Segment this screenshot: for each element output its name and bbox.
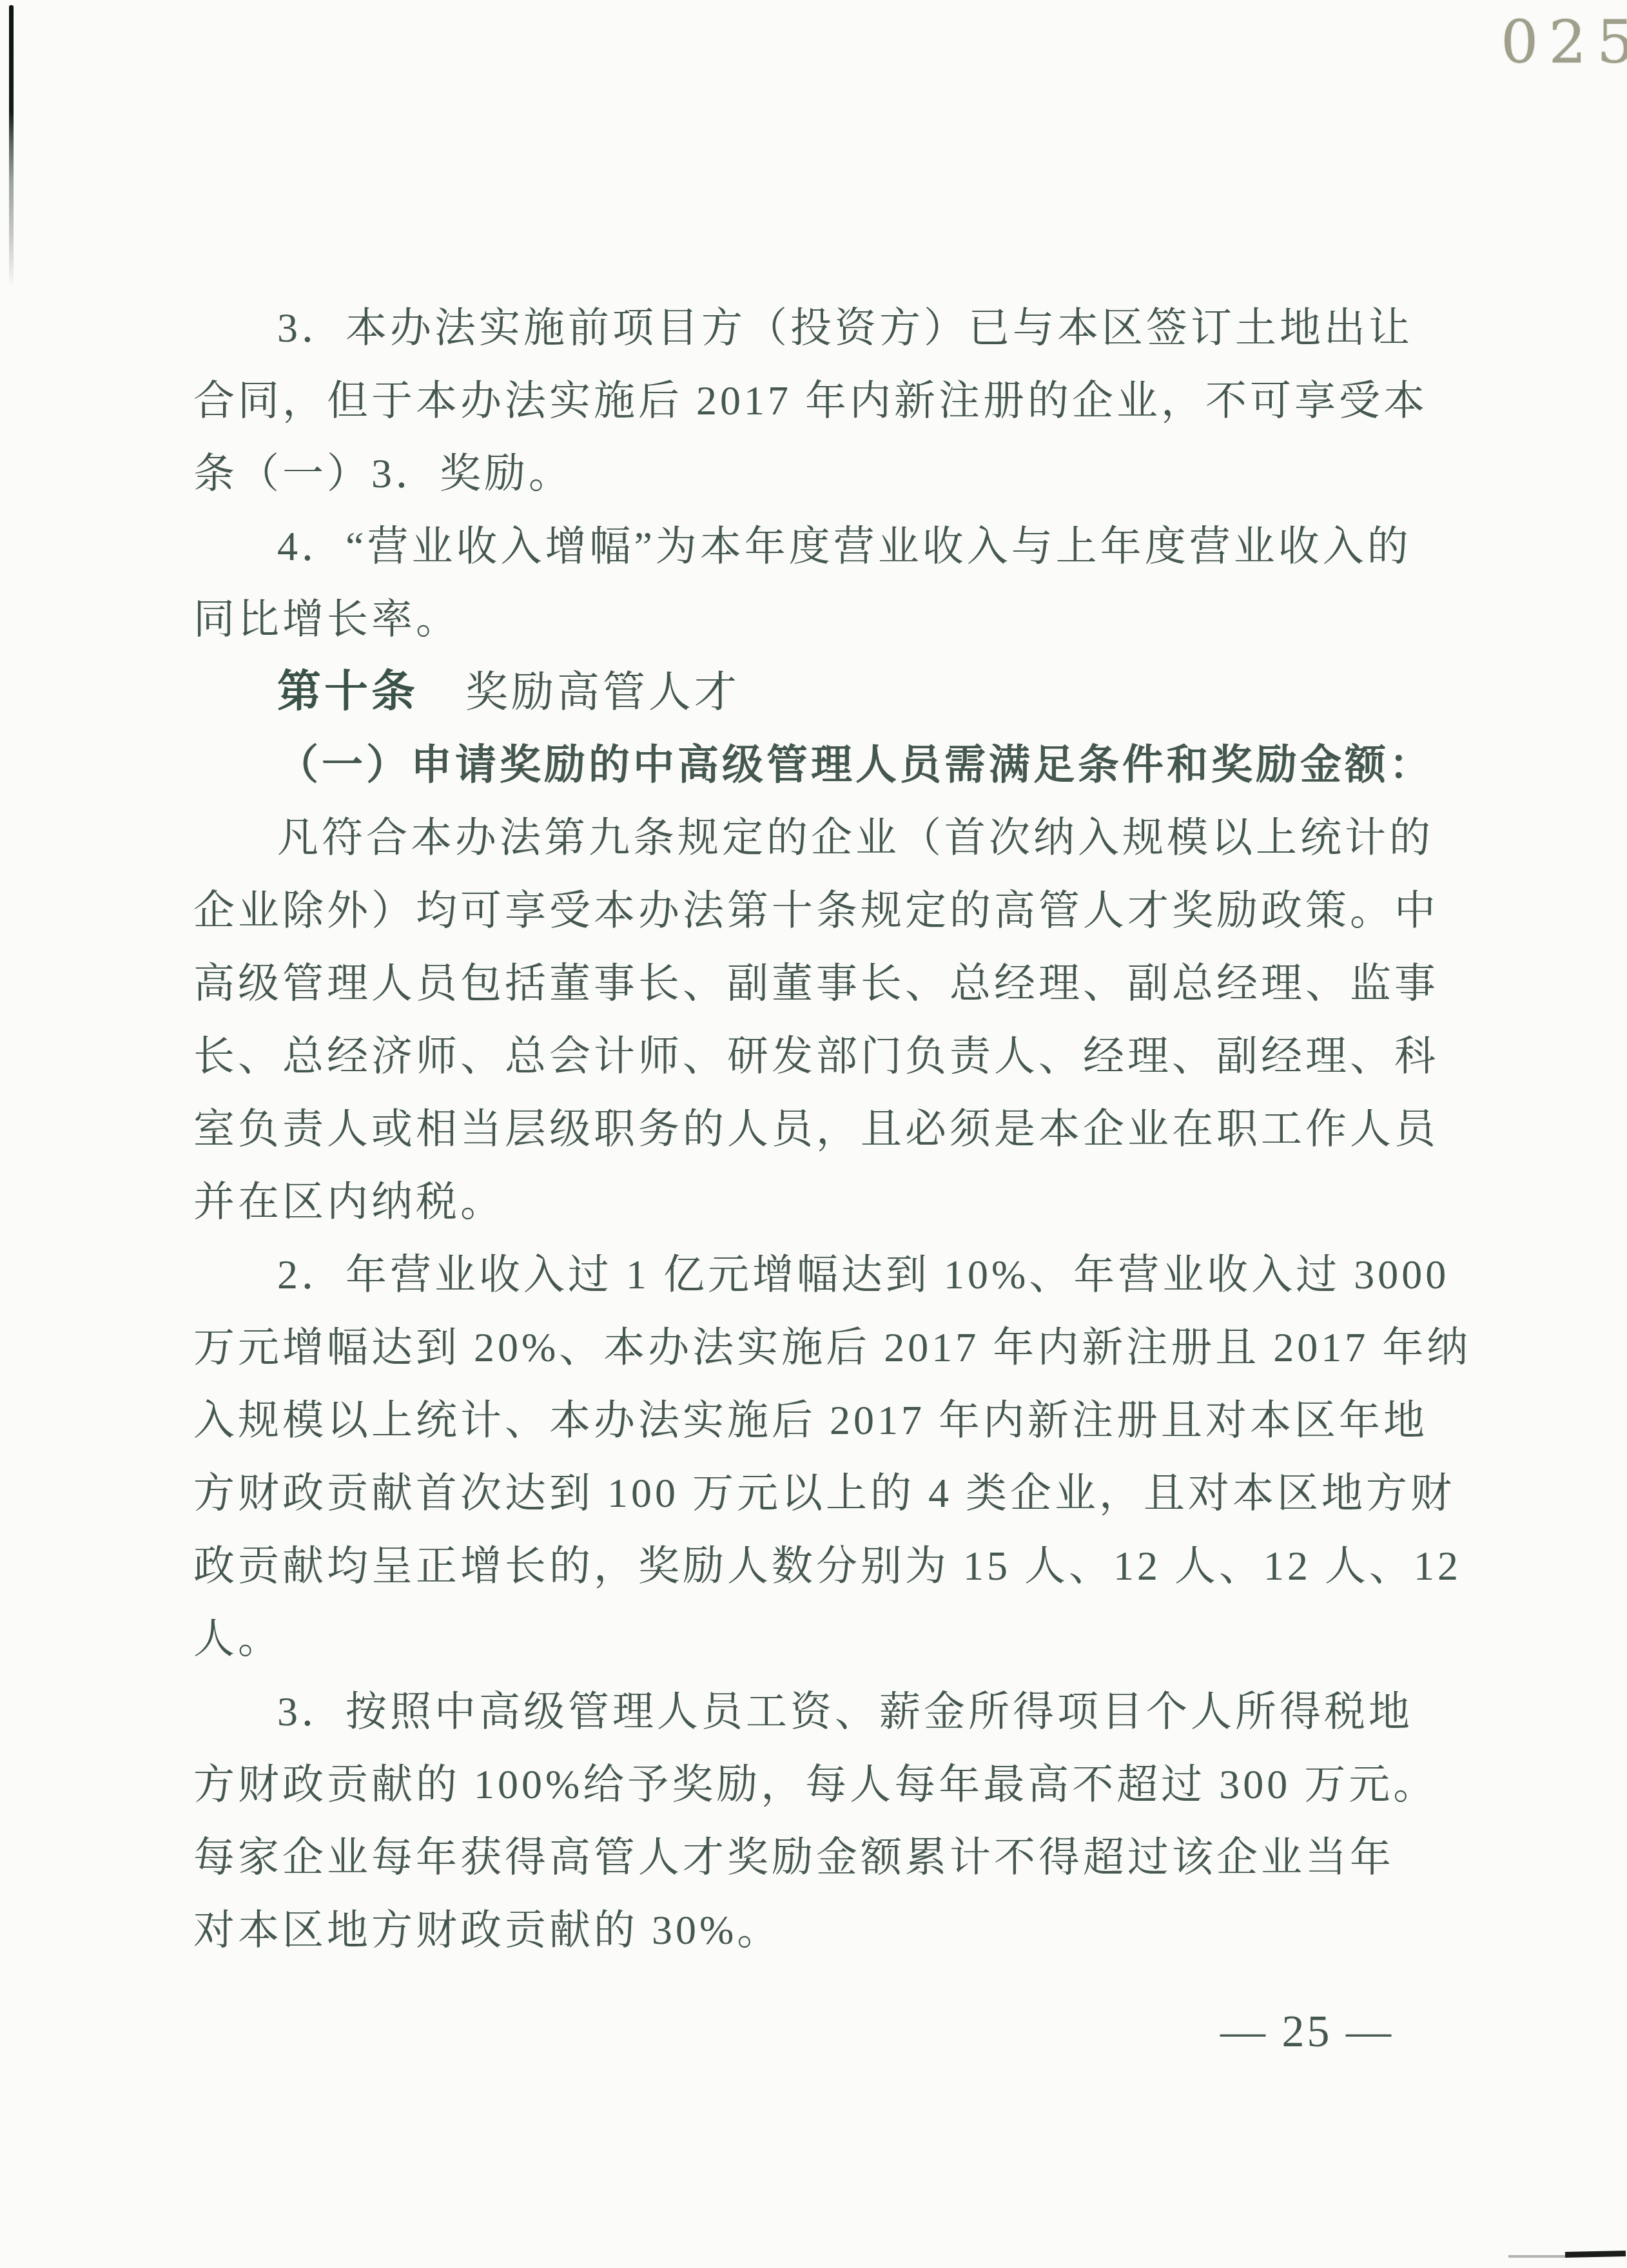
text-line: 并在区内纳税。 xyxy=(193,1165,1412,1238)
scan-smudge-artifact xyxy=(1565,2251,1626,2258)
text-line: 3．本办法实施前项目方（投资方）已与本区签订土地出让 xyxy=(193,291,1412,364)
text-line: 长、总经济师、总会计师、研发部门负责人、经理、副经理、科 xyxy=(193,1020,1412,1092)
scan-edge-artifact xyxy=(9,5,14,287)
folio-stamp: 025 xyxy=(1501,13,1627,72)
text-line: 对本区地方财政贡献的 30%。 xyxy=(193,1894,1412,1966)
article-title: 奖励高管人才 xyxy=(465,669,740,716)
text-line: 3．按照中高级管理人员工资、薪金所得项目个人所得税地 xyxy=(193,1675,1412,1748)
text-line: 室负责人或相当层级职务的人员，且必须是本企业在职工作人员 xyxy=(193,1092,1412,1165)
page-number: — 25 — xyxy=(1220,2010,1375,2055)
scan-smudge-artifact xyxy=(1508,2255,1566,2258)
article-number: 第十条 xyxy=(277,667,418,716)
text-line: 方财政贡献的 100%给予奖励，每人每年最高不超过 300 万元。 xyxy=(193,1748,1412,1821)
text-line: 方财政贡献首次达到 100 万元以上的 4 类企业，且对本区地方财 xyxy=(193,1457,1412,1529)
text-line: 入规模以上统计、本办法实施后 2017 年内新注册且对本区年地 xyxy=(193,1384,1412,1457)
text-line: 凡符合本办法第九条规定的企业（首次纳入规模以上统计的 xyxy=(193,801,1412,874)
article-heading: 第十条 奖励高管人才 xyxy=(193,655,1412,728)
document-body: 3．本办法实施前项目方（投资方）已与本区签订土地出让 合同，但于本办法实施后 2… xyxy=(193,291,1412,1966)
text-line: 合同，但于本办法实施后 2017 年内新注册的企业，不可享受本 xyxy=(193,364,1412,437)
text-line: 企业除外）均可享受本办法第十条规定的高管人才奖励政策。中 xyxy=(193,874,1412,947)
text-line: 万元增幅达到 20%、本办法实施后 2017 年内新注册且 2017 年纳 xyxy=(193,1311,1412,1384)
text-line: 人。 xyxy=(193,1602,1412,1675)
text-line: 条（一）3．奖励。 xyxy=(193,437,1412,510)
clause-heading: （一）申请奖励的中高级管理人员需满足条件和奖励金额： xyxy=(193,728,1412,801)
text-line: 高级管理人员包括董事长、副董事长、总经理、副总经理、监事 xyxy=(193,947,1412,1020)
text-line: 同比增长率。 xyxy=(193,583,1412,655)
text-line: 每家企业每年获得高管人才奖励金额累计不得超过该企业当年 xyxy=(193,1821,1412,1894)
text-line: 4．“营业收入增幅”为本年度营业收入与上年度营业收入的 xyxy=(193,510,1412,583)
text-line: 政贡献均呈正增长的，奖励人数分别为 15 人、12 人、12 人、12 xyxy=(193,1529,1412,1602)
document-page: 025 3．本办法实施前项目方（投资方）已与本区签订土地出让 合同，但于本办法实… xyxy=(0,0,1627,2268)
text-line: 2．年营业收入过 1 亿元增幅达到 10%、年营业收入过 3000 xyxy=(193,1238,1412,1311)
